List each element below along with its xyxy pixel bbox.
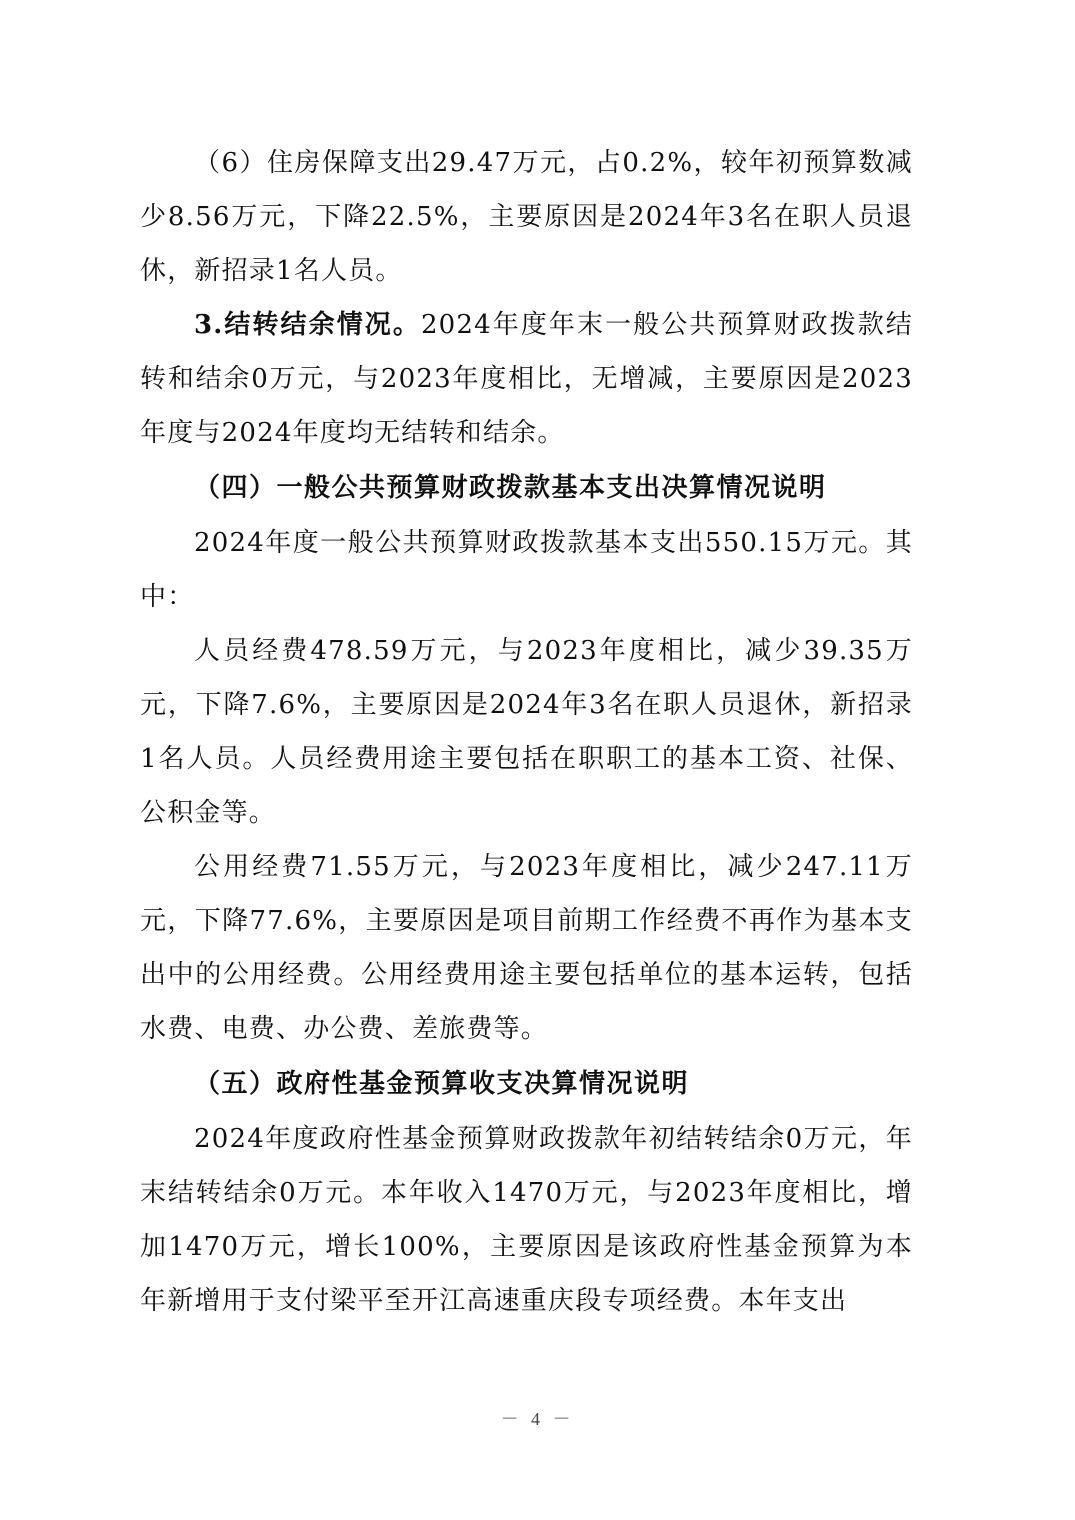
paragraph-public-cost: 公用经费71.55万元，与2023年度相比，减少247.11万元，下降77.6%… [140, 840, 913, 1056]
paragraph-personnel-cost: 人员经费478.59万元，与2023年度相比，减少39.35万元，下降7.6%，… [140, 624, 913, 840]
paragraph-text: （6）住房保障支出29.47万元，占0.2%，较年初预算数减少8.56万元，下降… [140, 148, 913, 286]
paragraph-text: 2024年度政府性基金预算财政拨款年初结转结余0万元，年末结转结余0万元。本年收… [140, 1124, 913, 1316]
section-heading-government-fund: （五）政府性基金预算收支决算情况说明 [140, 1056, 913, 1112]
paragraph-text: 人员经费478.59万元，与2023年度相比，减少39.35万元，下降7.6%，… [140, 636, 913, 828]
paragraph-housing-expenditure: （6）住房保障支出29.47万元，占0.2%，较年初预算数减少8.56万元，下降… [140, 136, 913, 298]
paragraph-government-fund: 2024年度政府性基金预算财政拨款年初结转结余0万元，年末结转结余0万元。本年收… [140, 1112, 913, 1328]
paragraph-text: 2024年度一般公共预算财政拨款基本支出550.15万元。其中： [140, 528, 913, 612]
page-number: － 4 － [0, 1405, 1075, 1431]
paragraph-text: 公用经费71.55万元，与2023年度相比，减少247.11万元，下降77.6%… [140, 852, 913, 1044]
document-page: （6）住房保障支出29.47万元，占0.2%，较年初预算数减少8.56万元，下降… [140, 136, 913, 1328]
paragraph-carryover: 3.结转结余情况。2024年度年末一般公共预算财政拨款结转和结余0万元，与202… [140, 298, 913, 460]
paragraph-lead: 3.结转结余情况。 [194, 310, 421, 340]
section-heading-basic-expenditure: （四）一般公共预算财政拨款基本支出决算情况说明 [140, 460, 913, 516]
paragraph-basic-total: 2024年度一般公共预算财政拨款基本支出550.15万元。其中： [140, 516, 913, 624]
